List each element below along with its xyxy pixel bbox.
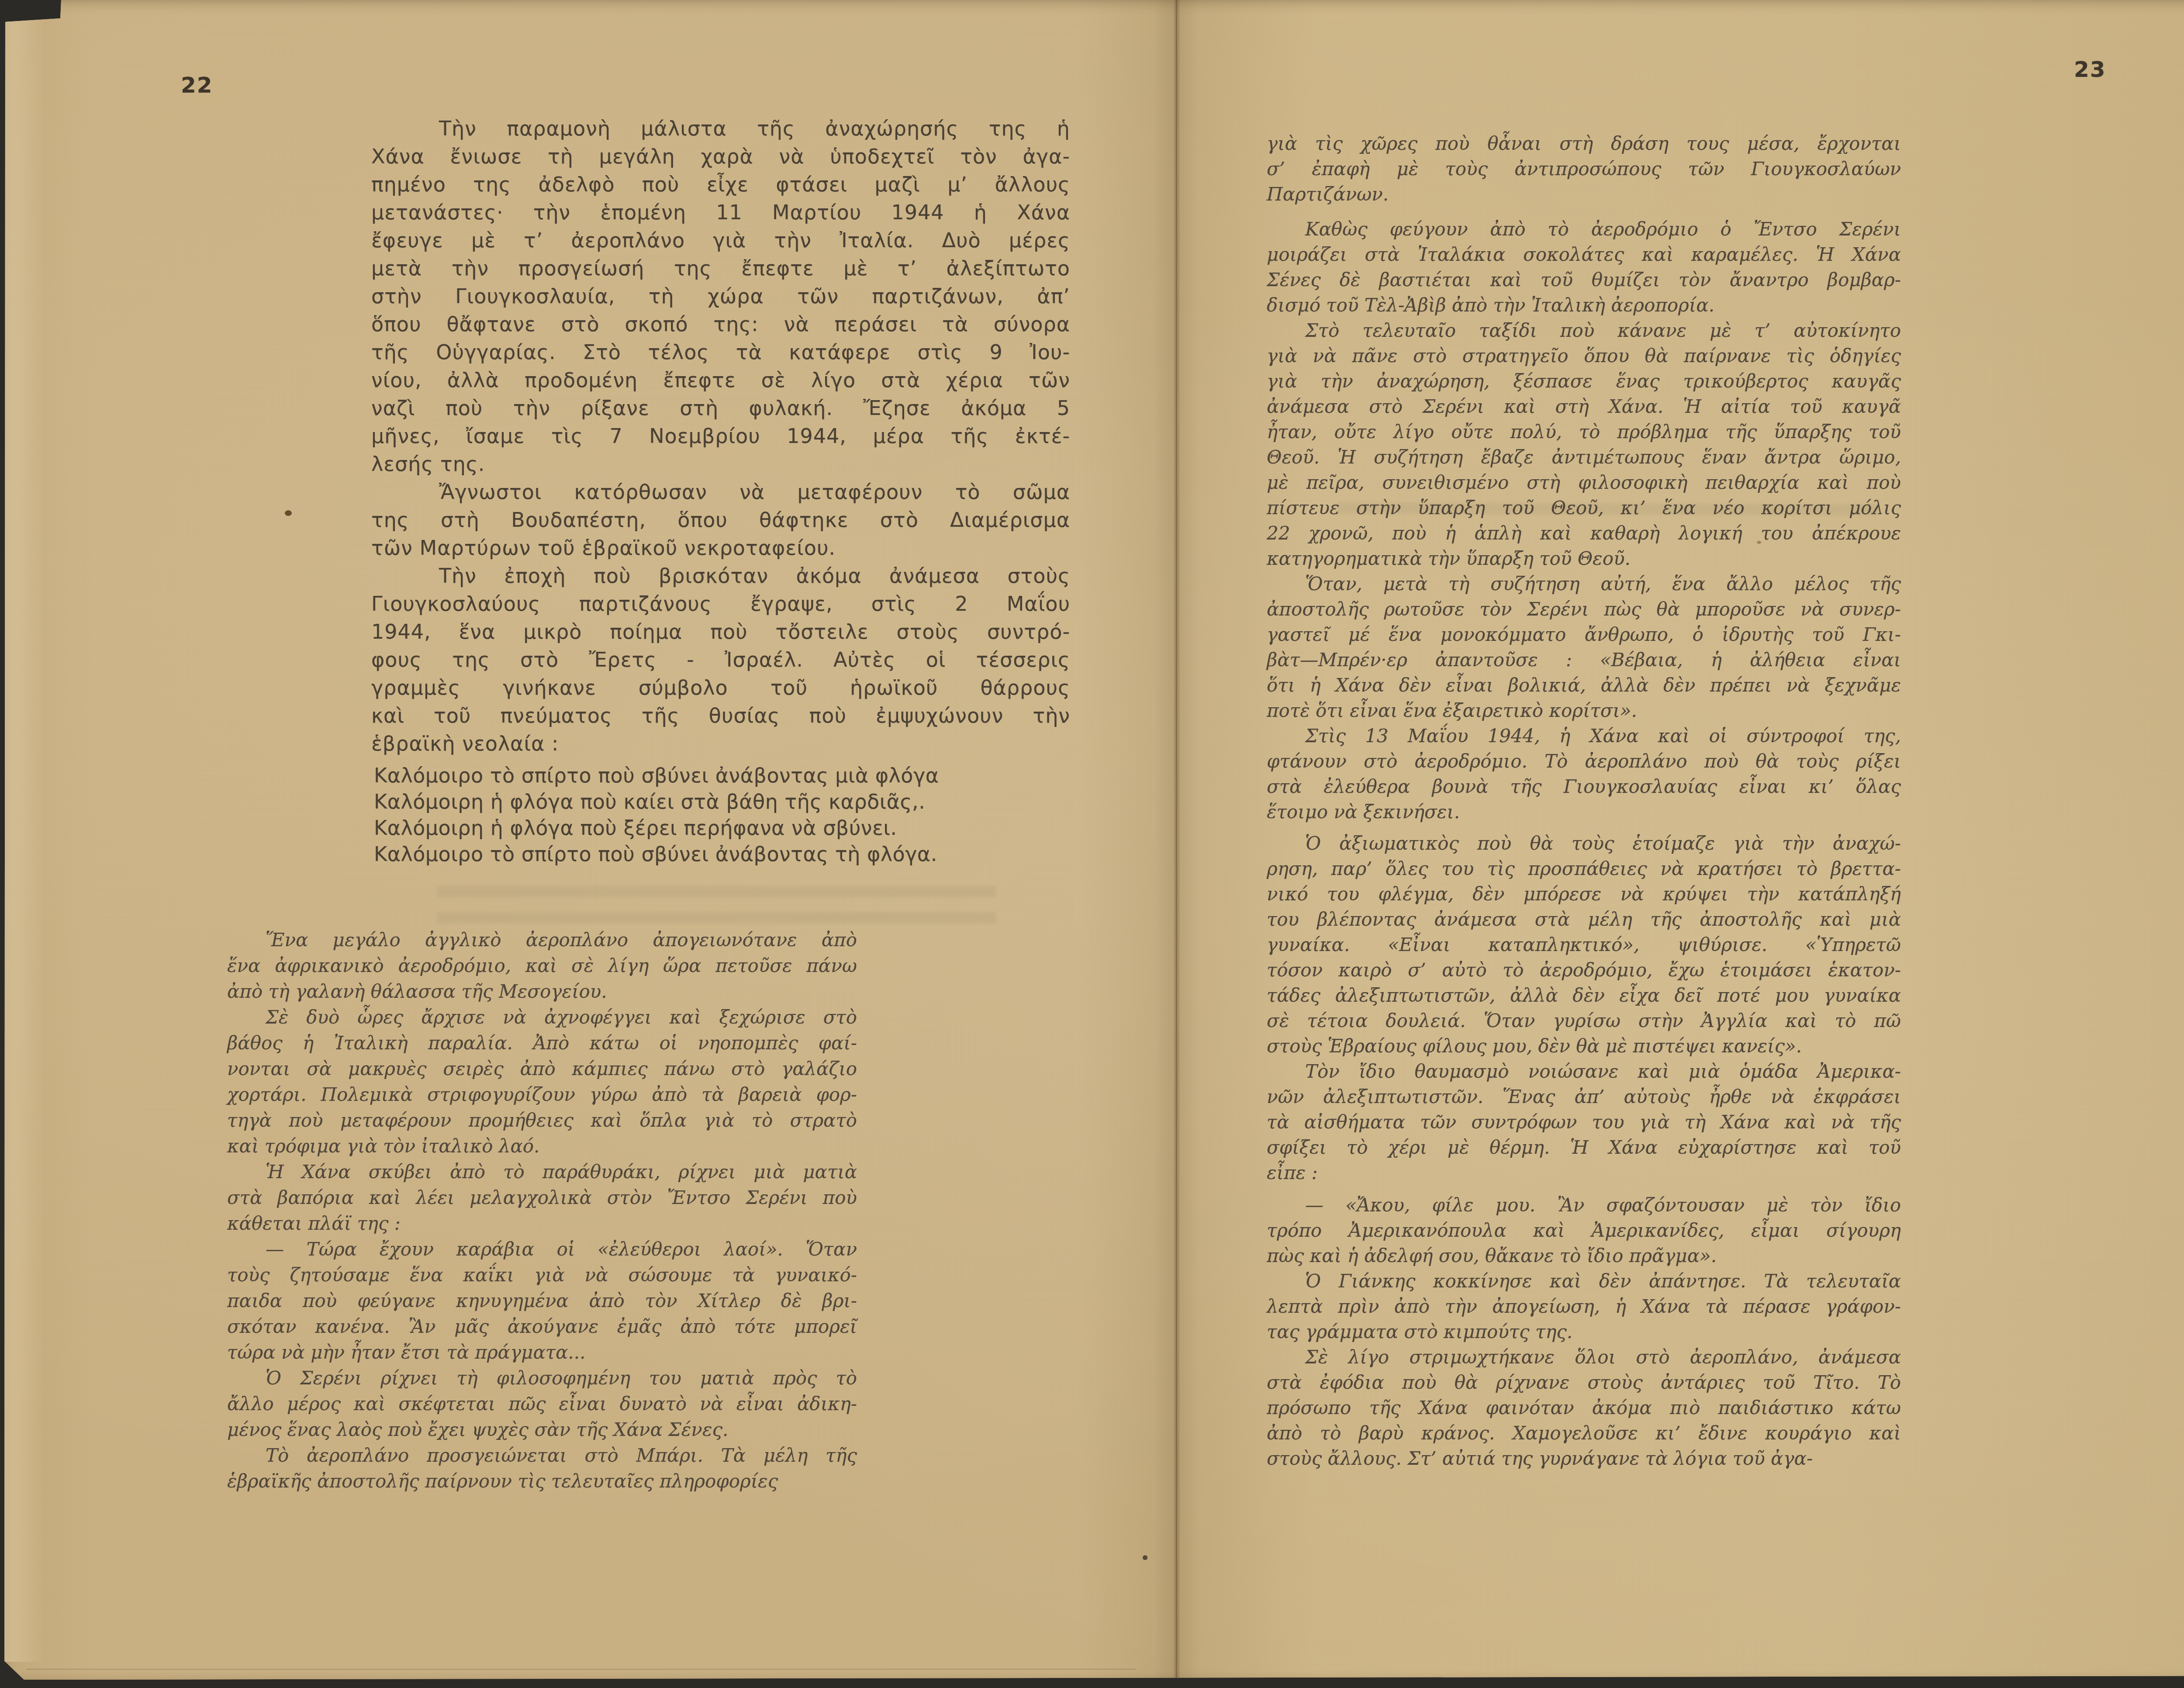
text-line: Στὶς 13 Μαΐου 1944, ἡ Χάνα καὶ οἱ σύντρο… — [1267, 723, 1901, 749]
text-line: μοιράζει στὰ Ἰταλάκια σοκολάτες καὶ καρα… — [1267, 242, 1901, 267]
text-line: στοὺς ἄλλους. Στ’ αὐτιά της γυρνάγανε τὰ… — [1267, 1446, 1901, 1471]
ink-showthrough — [437, 886, 996, 926]
text-line: τας γράμματα στὸ κιμπούτς της. — [1267, 1319, 1901, 1345]
text-line: ἀποστολῆς ρωτοῦσε τὸν Σερένι πὼς θὰ μπορ… — [1267, 597, 1901, 622]
paragraph: Καθὼς φεύγουν ἀπὸ τὸ ἀεροδρόμιο ὁ Ἔντσο … — [1267, 217, 1901, 318]
paragraph: Τὸν ἴδιο θαυμασμὸ νοιώσανε καὶ μιὰ ὁμάδα… — [1267, 1059, 1901, 1186]
text-line: νικό του φλέγμα, δὲν μπόρεσε νὰ κρύψει τ… — [1267, 882, 1901, 907]
paper-speck — [285, 510, 292, 516]
text-line: γυναίκα. «Εἶναι καταπληκτικό», ψιθύρισε.… — [1267, 932, 1901, 958]
text-line: ὅτι ἡ Χάνα δὲν εἶναι βολικιά, ἀλλὰ δὲν π… — [1267, 673, 1901, 698]
text-line: εἶπε : — [1267, 1160, 1901, 1186]
text-line: Ὁ ἀξιωματικὸς ποὺ θὰ τοὺς ἑτοίμαζε γιὰ τ… — [1267, 831, 1901, 856]
text-line: λεπτὰ πρὶν ἀπὸ τὴν ἀπογείωση, ἡ Χάνα τὰ … — [1267, 1294, 1901, 1319]
paragraph: Ὁ Γιάνκης κοκκίνησε καὶ δὲν ἀπάντησε. Τὰ… — [1267, 1269, 1901, 1345]
text-line: γιὰ νὰ πᾶνε στὸ στρατηγεῖο ὅπου θὰ παίρν… — [1267, 343, 1901, 369]
paragraph: Στὸ τελευταῖο ταξίδι ποὺ κάνανε μὲ τ’ αὐ… — [1267, 318, 1901, 571]
text-line: ἀνάμεσα στὸ Σερένι καὶ στὴ Χάνα. Ἡ αἰτία… — [1267, 394, 1901, 419]
text-line: — «Ἄκου, φίλε μου. Ἂν σφαζόντουσαν μὲ τὸ… — [1267, 1193, 1901, 1218]
page-right: 23 γιὰ τὶς χῶρες ποὺ θἆναι στὴ δράση του… — [0, 0, 2184, 1688]
text-line: πρόσωπο τῆς Χάνα φαινόταν ἀκόμα πιὸ παιδ… — [1267, 1395, 1901, 1421]
paragraph: — «Ἄκου, φίλε μου. Ἂν σφαζόντουσαν μὲ τὸ… — [1267, 1193, 1901, 1269]
paragraph: Ὅταν, μετὰ τὴ συζήτηση αὐτή, ἕνα ἄλλο μέ… — [1267, 571, 1901, 723]
text-line: κατηγορηματικὰ τὴν ὕπαρξη τοῦ Θεοῦ. — [1267, 546, 1901, 571]
text-line: Σὲ λίγο στριμωχτήκανε ὅλοι στὸ ἀεροπλάνο… — [1267, 1345, 1901, 1370]
text-line: σὲ τέτοια δουλειά. Ὅταν γυρίσω στὴν Ἀγγλ… — [1267, 1008, 1901, 1034]
book-spread-scan: 22 Τὴν παραμονὴ μάλιστα τῆς ἀναχώρησής τ… — [0, 0, 2184, 1688]
text-line: Ὅταν, μετὰ τὴ συζήτηση αὐτή, ἕνα ἄλλο μέ… — [1267, 571, 1901, 597]
text-line: Σένες δὲ βαστιέται καὶ τοῦ θυμίζει τὸν ἄ… — [1267, 267, 1901, 293]
text-line: τάδες ἀλεξιπτωτιστῶν, ἀλλὰ δὲν εἶχα δεῖ … — [1267, 983, 1901, 1008]
text-line: φτάνουν στὸ ἀεροδρόμιο. Τὸ ἀεροπλάνο ποὺ… — [1267, 749, 1901, 774]
text-line: του βλέποντας ἀνάμεσα στὰ μέλη τῆς ἀποστ… — [1267, 907, 1901, 932]
text-line: Στὸ τελευταῖο ταξίδι ποὺ κάνανε μὲ τ’ αὐ… — [1267, 318, 1901, 343]
text-line: μὲ πεῖρα, συνειθισμένο στὴ φιλοσοφικὴ πε… — [1267, 470, 1901, 495]
text-line: Ὁ Γιάνκης κοκκίνησε καὶ δὲν ἀπάντησε. Τὰ… — [1267, 1269, 1901, 1294]
text-line: Παρτιζάνων. — [1267, 182, 1901, 207]
page-number-right: 23 — [2074, 57, 2106, 82]
right-story-text: γιὰ τὶς χῶρες ποὺ θἆναι στὴ δράση τους μ… — [1267, 131, 1901, 1471]
text-line: νῶν ἀλεξιπτωτιστῶν. Ἕνας ἀπ’ αὐτοὺς ἦρθε… — [1267, 1084, 1901, 1110]
text-line: ἕτοιμο νὰ ξεκινήσει. — [1267, 799, 1901, 825]
text-line: ρηση, παρ’ ὅλες του τὶς προσπάθειες νὰ κ… — [1267, 856, 1901, 882]
text-line: γιὰ τὶς χῶρες ποὺ θἆναι στὴ δράση τους μ… — [1267, 131, 1901, 156]
text-line: στὰ ἐφόδια ποὺ θὰ ρίχνανε στοὺς ἀντάριες… — [1267, 1370, 1901, 1395]
text-line: τὰ αἰσθήματα τῶν συντρόφων του γιὰ τὴ Χά… — [1267, 1110, 1901, 1135]
paragraph: Στὶς 13 Μαΐου 1944, ἡ Χάνα καὶ οἱ σύντρο… — [1267, 723, 1901, 825]
text-line: γιὰ τὴν ἀναχώρηση, ξέσπασε ἕνας τρικούβε… — [1267, 369, 1901, 394]
text-line: σ’ ἐπαφὴ μὲ τοὺς ἀντιπροσώπους τῶν Γιουγ… — [1267, 156, 1901, 182]
ink-showthrough — [1337, 502, 1878, 530]
text-line: στὰ ἐλεύθερα βουνὰ τῆς Γιουγκοσλαυίας εἶ… — [1267, 774, 1901, 799]
text-line: Τὸν ἴδιο θαυμασμὸ νοιώσανε καὶ μιὰ ὁμάδα… — [1267, 1059, 1901, 1084]
text-line: γαστεῖ μέ ἕνα μονοκόμματο ἄνθρωπο, ὁ ἱδρ… — [1267, 622, 1901, 647]
text-line: δισμό τοῦ Τὲλ-Ἀβὶβ ἀπὸ τὴν Ἰταλικὴ ἀεροπ… — [1267, 293, 1901, 318]
text-line: ἀπὸ τὸ βαρὺ κράνος. Χαμογελοῦσε κι’ ἔδιν… — [1267, 1421, 1901, 1446]
paragraph: Ὁ ἀξιωματικὸς ποὺ θὰ τοὺς ἑτοίμαζε γιὰ τ… — [1267, 831, 1901, 1059]
paper-speck — [1757, 541, 1761, 544]
text-line: πὼς καὶ ἡ ἀδελφή σου, θἄκανε τὸ ἴδιο πρᾶ… — [1267, 1243, 1901, 1269]
text-line: ποτὲ ὅτι εἶναι ἕνα ἐξαιρετικὸ κορίτσι». — [1267, 698, 1901, 723]
text-line: τόσον καιρὸ σ’ αὐτὸ τὸ ἀεροδρόμιο, ἔχω ἑ… — [1267, 958, 1901, 983]
text-line: Θεοῦ. Ἡ συζήτηση ἔβαζε ἀντιμέτωπους ἕναν… — [1267, 445, 1901, 470]
paragraph: γιὰ τὶς χῶρες ποὺ θἆναι στὴ δράση τους μ… — [1267, 131, 1901, 207]
text-line: στοὺς Ἑβραίους φίλους μου, δὲν θὰ μὲ πισ… — [1267, 1034, 1901, 1059]
text-line: τρόπο Ἀμερικανόπουλα καὶ Ἀμερικανίδες, ε… — [1267, 1218, 1901, 1243]
text-line: Καθὼς φεύγουν ἀπὸ τὸ ἀεροδρόμιο ὁ Ἔντσο … — [1267, 217, 1901, 242]
text-line: σφίξει τὸ χέρι μὲ θέρμη. Ἡ Χάνα εὐχαρίστ… — [1267, 1135, 1901, 1160]
text-line: βὰτ—Μπρέν·ερ ἀπαντοῦσε : «Βέβαια, ἡ ἀλήθ… — [1267, 647, 1901, 673]
paper-speck — [1143, 1555, 1147, 1560]
paragraph: Σὲ λίγο στριμωχτήκανε ὅλοι στὸ ἀεροπλάνο… — [1267, 1345, 1901, 1471]
text-line: ἦταν, οὔτε λίγο οὔτε πολύ, τὸ πρόβλημα τ… — [1267, 419, 1901, 445]
